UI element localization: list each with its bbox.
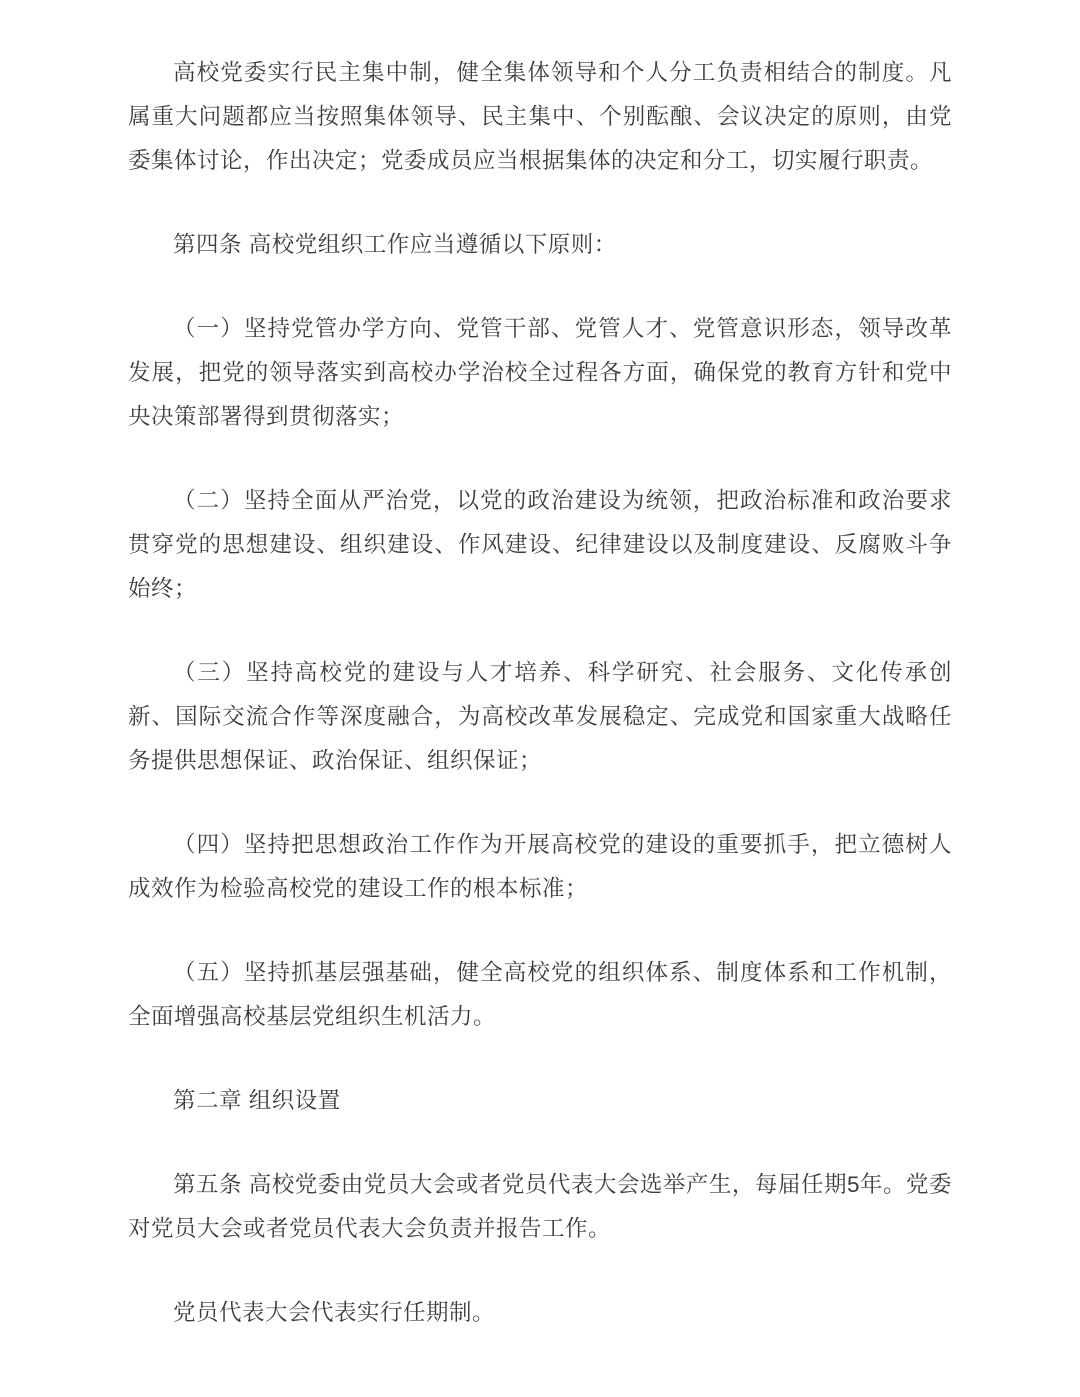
- delegate-term-paragraph: 党员代表大会代表实行任期制。: [128, 1291, 952, 1335]
- article-4-heading: 第四条 高校党组织工作应当遵循以下原则：: [128, 223, 952, 267]
- principle-item-1: （一）坚持党管办学方向、党管干部、党管人才、党管意识形态，领导改革发展，把党的领…: [128, 307, 952, 439]
- principle-item-2: （二）坚持全面从严治党，以党的政治建设为统领，把政治标准和政治要求贯穿党的思想建…: [128, 479, 952, 611]
- article-5-paragraph: 第五条 高校党委由党员大会或者党员代表大会选举产生，每届任期5年。党委对党员大会…: [128, 1163, 952, 1251]
- chapter-2-heading: 第二章 组织设置: [128, 1079, 952, 1123]
- principle-item-3: （三）坚持高校党的建设与人才培养、科学研究、社会服务、文化传承创新、国际交流合作…: [128, 651, 952, 783]
- principle-item-5: （五）坚持抓基层强基础，健全高校党的组织体系、制度体系和工作机制，全面增强高校基…: [128, 951, 952, 1039]
- paragraph-democratic-centralism: 高校党委实行民主集中制，健全集体领导和个人分工负责相结合的制度。凡属重大问题都应…: [128, 51, 952, 183]
- principle-item-4: （四）坚持把思想政治工作作为开展高校党的建设的重要抓手，把立德树人成效作为检验高…: [128, 823, 952, 911]
- document-page: 高校党委实行民主集中制，健全集体领导和个人分工负责相结合的制度。凡属重大问题都应…: [0, 0, 1080, 1397]
